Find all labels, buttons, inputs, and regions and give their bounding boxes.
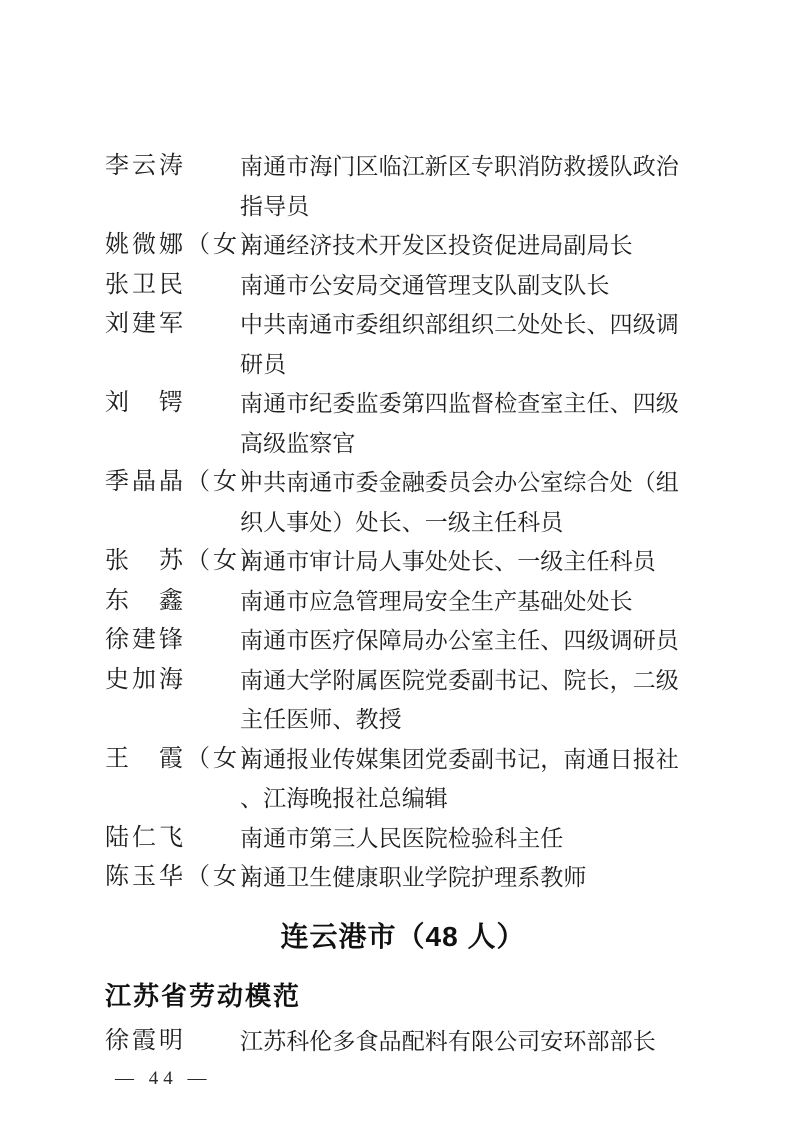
- list-item: 东 鑫南通市应急管理局安全生产基础处处长: [105, 582, 701, 622]
- person-name: 王 霞（女）: [105, 740, 240, 780]
- person-title: 南通经济技术开发区投资促进局副局长: [240, 226, 701, 266]
- list-item: 陈玉华（女）南通卫生健康职业学院护理系教师: [105, 858, 701, 898]
- person-title: 南通市公安局交通管理支队副支队长: [240, 266, 701, 306]
- list-item: 徐建锋南通市医疗保障局办公室主任、四级调研员: [105, 621, 701, 661]
- person-title: 南通市海门区临江新区专职消防救援队政治指导员: [240, 147, 701, 226]
- person-name: 姚微娜（女）: [105, 226, 240, 266]
- list-item: 史加海南通大学附属医院党委副书记、院长，二级主任医师、教授: [105, 661, 701, 740]
- person-name: 徐建锋: [105, 621, 240, 661]
- person-title: 江苏科伦多食品配料有限公司安环部部长: [240, 1022, 701, 1062]
- document-page: 李云涛南通市海门区临江新区专职消防救援队政治指导员姚微娜（女）南通经济技术开发区…: [0, 0, 800, 1131]
- page-content: 李云涛南通市海门区临江新区专职消防救援队政治指导员姚微娜（女）南通经济技术开发区…: [105, 147, 701, 1092]
- list-item: 季晶晶（女）中共南通市委金融委员会办公室综合处（组织人事处）处长、一级主任科员: [105, 463, 701, 542]
- person-name: 李云涛: [105, 147, 240, 187]
- person-title: 南通市纪委监委第四监督检查室主任、四级高级监察官: [240, 384, 701, 463]
- page-number: — 44 —: [105, 1066, 701, 1092]
- person-title: 南通市应急管理局安全生产基础处处长: [240, 582, 701, 622]
- list-item: 张卫民南通市公安局交通管理支队副支队长: [105, 266, 701, 306]
- person-title: 中共南通市委金融委员会办公室综合处（组织人事处）处长、一级主任科员: [240, 463, 701, 542]
- person-name: 刘 锷: [105, 384, 240, 424]
- person-title: 南通卫生健康职业学院护理系教师: [240, 858, 701, 898]
- person-title: 南通大学附属医院党委副书记、院长，二级主任医师、教授: [240, 661, 701, 740]
- list-item: 刘 锷南通市纪委监委第四监督检查室主任、四级高级监察官: [105, 384, 701, 463]
- list-item: 王 霞（女）南通报业传媒集团党委副书记，南通日报社、江海晚报社总编辑: [105, 740, 701, 819]
- person-title: 南通市审计局人事处处长、一级主任科员: [240, 542, 701, 582]
- list-item: 徐霞明江苏科伦多食品配料有限公司安环部部长: [105, 1022, 701, 1062]
- list-item: 李云涛南通市海门区临江新区专职消防救援队政治指导员: [105, 147, 701, 226]
- list-item: 姚微娜（女）南通经济技术开发区投资促进局副局长: [105, 226, 701, 266]
- person-name: 张卫民: [105, 266, 240, 306]
- person-name: 季晶晶（女）: [105, 463, 240, 503]
- list-item: 刘建军中共南通市委组织部组织二处处长、四级调研员: [105, 305, 701, 384]
- person-name: 刘建军: [105, 305, 240, 345]
- person-name: 史加海: [105, 661, 240, 701]
- person-name: 张 苏（女）: [105, 542, 240, 582]
- entries-list: 李云涛南通市海门区临江新区专职消防救援队政治指导员姚微娜（女）南通经济技术开发区…: [105, 147, 701, 898]
- person-title: 南通市医疗保障局办公室主任、四级调研员: [240, 621, 701, 661]
- subsection-heading: 江苏省劳动模范: [105, 978, 701, 1014]
- person-name: 东 鑫: [105, 582, 240, 622]
- person-name: 陈玉华（女）: [105, 858, 240, 898]
- list-item: 陆仁飞南通市第三人民医院检验科主任: [105, 819, 701, 859]
- list-item: 张 苏（女）南通市审计局人事处处长、一级主任科员: [105, 542, 701, 582]
- subsection-entries-list: 徐霞明江苏科伦多食品配料有限公司安环部部长: [105, 1022, 701, 1062]
- person-name: 徐霞明: [105, 1022, 240, 1062]
- person-title: 南通报业传媒集团党委副书记，南通日报社、江海晚报社总编辑: [240, 740, 701, 819]
- person-title: 南通市第三人民医院检验科主任: [240, 819, 701, 859]
- person-name: 陆仁飞: [105, 819, 240, 859]
- person-title: 中共南通市委组织部组织二处处长、四级调研员: [240, 305, 701, 384]
- section-heading: 连云港市（48 人）: [105, 916, 701, 958]
